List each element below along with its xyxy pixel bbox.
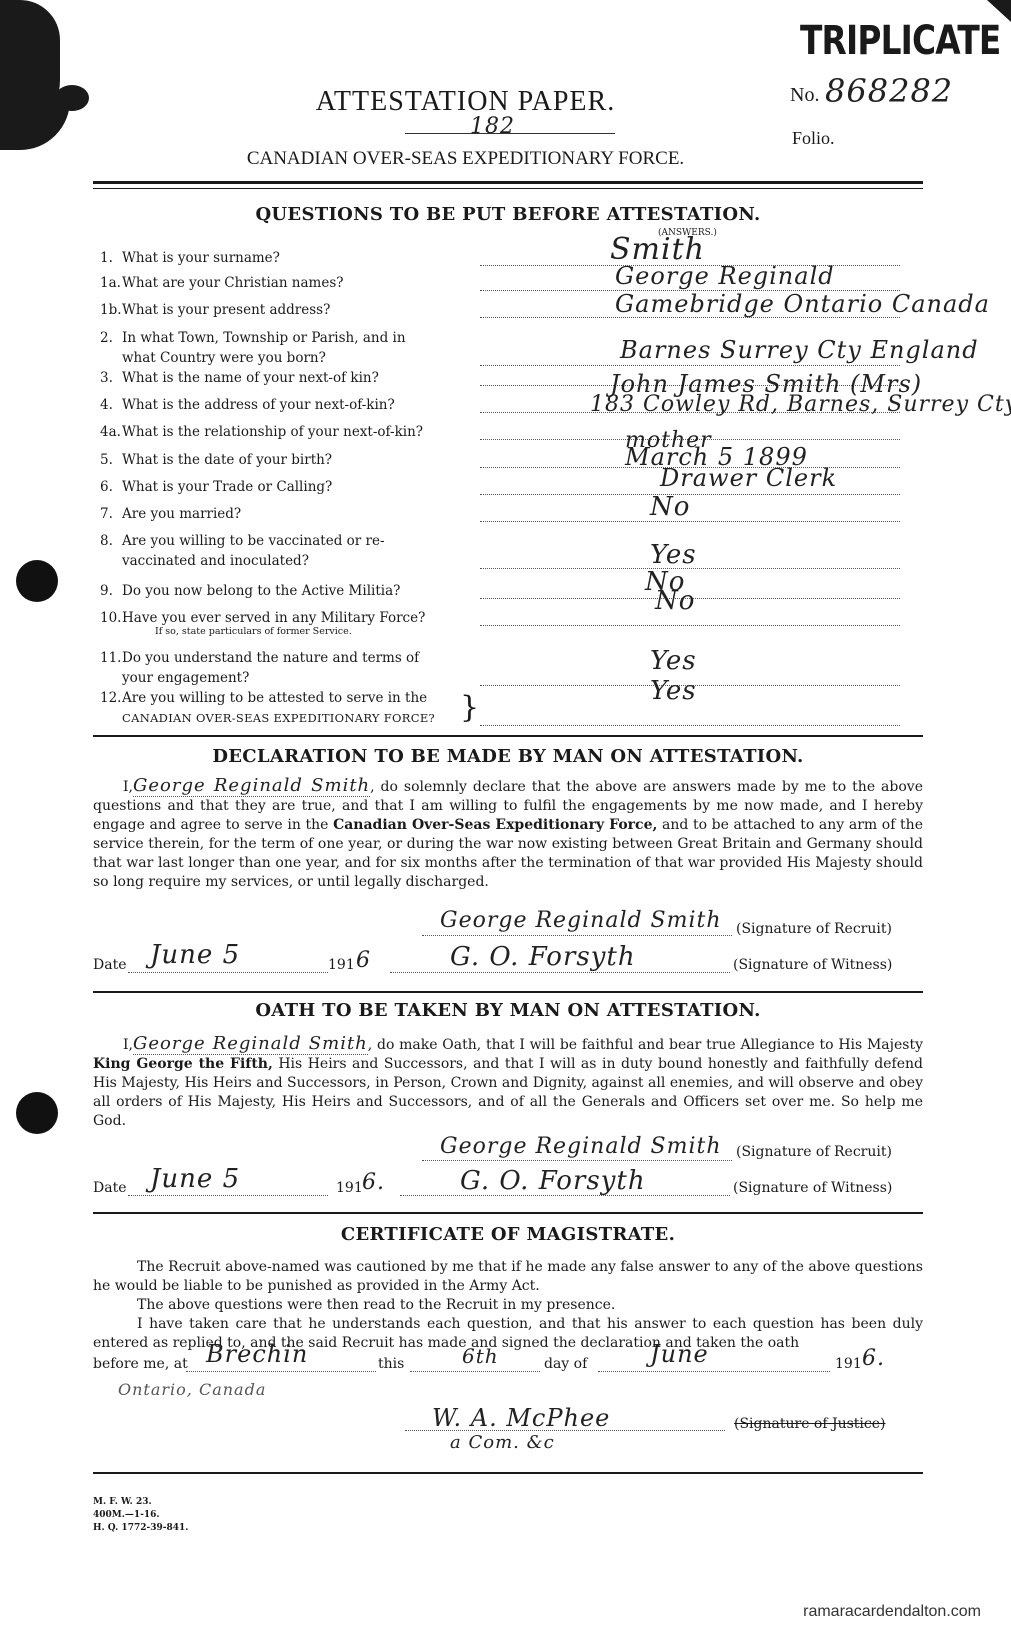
justice-title: a Com. &c bbox=[450, 1432, 555, 1453]
recruit-signature: George Reginald Smith bbox=[440, 1134, 722, 1159]
this-label: this bbox=[378, 1356, 404, 1372]
question-number: 9. bbox=[100, 583, 122, 599]
question-answer: Yes bbox=[650, 676, 697, 706]
divider bbox=[93, 181, 923, 184]
answer-line bbox=[480, 725, 900, 726]
year-prefix: 191 bbox=[336, 1180, 363, 1196]
declaration-heading: DECLARATION TO BE MADE BY MAN ON ATTESTA… bbox=[93, 746, 923, 767]
question-answer: Gamebridge Ontario Canada bbox=[615, 290, 990, 318]
date-line bbox=[128, 1195, 328, 1196]
attestation-day: 6th bbox=[462, 1344, 499, 1368]
question-text: 9.Do you now belong to the Active Militi… bbox=[100, 583, 400, 599]
question-number: 10. bbox=[100, 610, 122, 626]
recruit-signature: George Reginald Smith bbox=[440, 908, 722, 933]
answer-line bbox=[480, 365, 900, 366]
witness-signature: G. O. Forsyth bbox=[450, 942, 636, 972]
witness-signature-label: (Signature of Witness) bbox=[733, 957, 892, 973]
question-text: 1a.What are your Christian names? bbox=[100, 275, 344, 291]
witness-signature: G. O. Forsyth bbox=[460, 1166, 646, 1196]
oath-name: George Reginald Smith bbox=[133, 1033, 368, 1055]
brace: } bbox=[460, 690, 479, 726]
justice-line bbox=[405, 1430, 725, 1431]
divider bbox=[93, 1472, 923, 1474]
attestation-place: Brechin bbox=[206, 1340, 308, 1368]
declaration-text: I,George Reginald Smith, do solemnly dec… bbox=[93, 776, 923, 892]
question-text: 1.What is your surname? bbox=[100, 250, 280, 266]
form-codes: M. F. W. 23. 400M.—1-16. H. Q. 1772-39-8… bbox=[93, 1496, 188, 1535]
question-number: 7. bbox=[100, 506, 122, 522]
question-number: 6. bbox=[100, 479, 122, 495]
day-line bbox=[410, 1371, 540, 1372]
question-number: 1b. bbox=[100, 302, 122, 318]
month-line bbox=[598, 1371, 830, 1372]
question-number: 4a. bbox=[100, 424, 122, 440]
oath-date: June 5 bbox=[150, 1164, 240, 1194]
question-text: CANADIAN OVER-SEAS EXPEDITIONARY FORCE? bbox=[100, 710, 435, 726]
question-answer: No bbox=[650, 492, 690, 522]
recruit-signature-label: (Signature of Recruit) bbox=[736, 921, 892, 937]
year-suffix: 6. bbox=[862, 1346, 885, 1371]
question-number: 5. bbox=[100, 452, 122, 468]
year-suffix: 6 bbox=[356, 948, 371, 973]
divider bbox=[93, 188, 923, 189]
punch-hole bbox=[16, 560, 58, 602]
question-text: your engagement? bbox=[100, 670, 249, 686]
question-text: 6.What is your Trade or Calling? bbox=[100, 479, 332, 495]
witness-line bbox=[390, 972, 730, 973]
day-of-label: day of bbox=[544, 1356, 587, 1372]
regimental-number: 868282 bbox=[825, 72, 953, 110]
question-answer: No bbox=[655, 586, 695, 616]
website-watermark: ramaracardendalton.com bbox=[803, 1603, 981, 1621]
date-line bbox=[128, 972, 328, 973]
questions-heading: QUESTIONS TO BE PUT BEFORE ATTESTATION. bbox=[93, 204, 923, 225]
question-number: 4. bbox=[100, 397, 122, 413]
question-text: 3.What is the name of your next-of kin? bbox=[100, 370, 379, 386]
question-answer: Yes bbox=[650, 540, 697, 570]
declaration-name: George Reginald Smith bbox=[133, 775, 370, 797]
signature-line bbox=[422, 1160, 732, 1161]
certificate-para-2: The above questions were then read to th… bbox=[93, 1296, 923, 1315]
question-text: 4.What is the address of your next-of-ki… bbox=[100, 397, 395, 413]
divider bbox=[93, 735, 923, 737]
year-prefix: 191 bbox=[835, 1356, 862, 1372]
question-answer: Barnes Surrey Cty England bbox=[620, 336, 979, 364]
question-number: 1a. bbox=[100, 275, 122, 291]
question-answer: 183 Cowley Rd, Barnes, Surrey Cty Englan… bbox=[590, 392, 1011, 417]
question-text: 4a.What is the relationship of your next… bbox=[100, 424, 423, 440]
place-line bbox=[186, 1371, 376, 1372]
year-suffix: 6. bbox=[362, 1170, 385, 1195]
question-text: 1b.What is your present address? bbox=[100, 302, 330, 318]
attestation-month: June bbox=[650, 1340, 709, 1368]
form-code: H. Q. 1772-39-841. bbox=[93, 1522, 188, 1535]
folio-label: Folio. bbox=[792, 128, 835, 149]
punch-hole bbox=[16, 1092, 58, 1134]
witness-signature-label: (Signature of Witness) bbox=[733, 1180, 892, 1196]
question-text: what Country were you born? bbox=[100, 350, 326, 366]
justice-signature: W. A. McPhee bbox=[432, 1404, 610, 1432]
question-text: 5.What is the date of your birth? bbox=[100, 452, 332, 468]
justice-signature-label: (Signature of Justice) bbox=[734, 1416, 886, 1432]
before-label: before me, at bbox=[93, 1356, 188, 1372]
question-text: 12.Are you willing to be attested to ser… bbox=[100, 690, 427, 706]
certificate-para-1: The Recruit above-named was cautioned by… bbox=[93, 1258, 923, 1296]
document-subtitle: CANADIAN OVER-SEAS EXPEDITIONARY FORCE. bbox=[0, 148, 971, 170]
question-number: 1. bbox=[100, 250, 122, 266]
date-label: Date bbox=[93, 1180, 126, 1196]
question-answer: George Reginald bbox=[615, 262, 835, 290]
question-number: 12. bbox=[100, 690, 122, 706]
question-number: 8. bbox=[100, 533, 122, 549]
form-code: 400M.—1-16. bbox=[93, 1509, 188, 1522]
form-code: M. F. W. 23. bbox=[93, 1496, 188, 1509]
answer-line bbox=[480, 625, 900, 626]
recruit-signature-label: (Signature of Recruit) bbox=[736, 1144, 892, 1160]
triplicate-stamp: TRIPLICATE bbox=[800, 18, 1000, 64]
place-extra: Ontario, Canada bbox=[118, 1380, 266, 1399]
question-number: 11. bbox=[100, 650, 122, 666]
question-text: 10.Have you ever served in any Military … bbox=[100, 610, 425, 626]
divider bbox=[93, 991, 923, 993]
number-label: No. bbox=[790, 84, 819, 107]
question-text: vaccinated and inoculated? bbox=[100, 553, 309, 569]
signature-line bbox=[422, 935, 732, 936]
question-number: 3. bbox=[100, 370, 122, 386]
declaration-date: June 5 bbox=[150, 940, 240, 970]
certificate-heading: CERTIFICATE OF MAGISTRATE. bbox=[93, 1224, 923, 1245]
date-label: Date bbox=[93, 957, 126, 973]
question-answer: Drawer Clerk bbox=[660, 464, 837, 492]
folio-handwritten: 182 bbox=[470, 114, 515, 139]
year-prefix: 191 bbox=[328, 957, 355, 973]
question-text: 8.Are you willing to be vaccinated or re… bbox=[100, 533, 385, 549]
oath-text: I,George Reginald Smith, do make Oath, t… bbox=[93, 1034, 923, 1131]
question-answer: Yes bbox=[650, 646, 697, 676]
question-text: 2.In what Town, Township or Parish, and … bbox=[100, 330, 406, 346]
question-note: If so, state particulars of former Servi… bbox=[155, 626, 352, 637]
question-text: 7.Are you married? bbox=[100, 506, 241, 522]
oath-heading: OATH TO BE TAKEN BY MAN ON ATTESTATION. bbox=[93, 1000, 923, 1021]
divider bbox=[93, 1212, 923, 1214]
question-number: 2. bbox=[100, 330, 122, 346]
question-text: 11.Do you understand the nature and term… bbox=[100, 650, 419, 666]
